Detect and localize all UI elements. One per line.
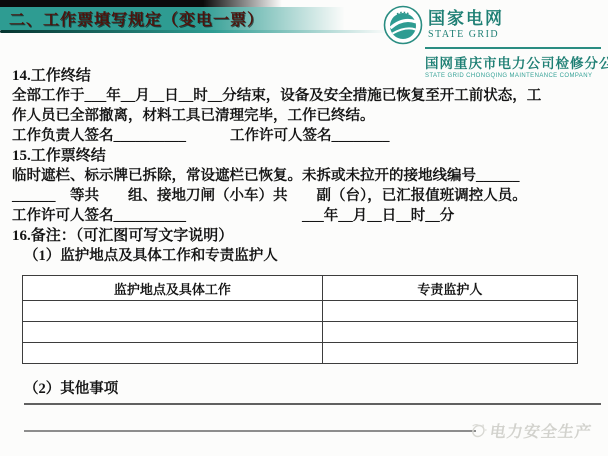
guardian-table-header-person: 专责监护人 [322,276,577,301]
section-14-line2: 作人员已全部撤离，材料工具已清理完毕，工作已终结。 [12,106,598,126]
permit-person-signature-blank-2: 工作许可人签名__________ [12,206,186,226]
section-16-heading: 16.备注：（可汇图可写文字说明） [12,226,598,246]
section-15-signature-row: 工作许可人签名__________ ___年__月__日__时__分 [12,206,598,226]
page-title: 二、工作票填写规定（变电一票） [0,7,264,30]
table-cell [322,322,577,343]
guardian-table-row [23,301,578,322]
brand-name-en: STATE GRID [428,29,504,40]
permit-person-signature-blank: 工作许可人签名________ [230,126,390,146]
blank-writing-line [24,403,601,405]
section-14-signature-row: 工作负责人签名__________ 工作许可人签名________ [12,126,598,146]
header-black-strip [0,0,282,7]
section-15-line2: ______ 等共 组、接地刀闸（小车）共 副（台），已汇报值班调控人员。 [12,186,598,206]
guardian-table-header-row: 监护地点及具体工作 专责监护人 [23,276,578,301]
guardian-table-header-location: 监护地点及具体工作 [23,276,323,301]
header-title-band: 二、工作票填写规定（变电一票） [0,7,345,30]
table-cell [23,322,323,343]
table-cell [23,301,323,322]
section-14-heading: 14.工作终结 [12,66,598,86]
datetime-blank: ___年__月__日__时__分 [302,206,454,226]
watermark: 电力安全生产 [468,419,593,442]
brand-name-cn: 国家电网 [428,10,504,28]
guardian-table-row [23,343,578,364]
brand-text: 国家电网 STATE GRID [428,10,504,40]
section-16-item1: （1）监护地点及具体工作和专责监护人 [12,246,598,266]
section-15-line1: 临时遮栏、标示牌已拆除，常设遮栏已恢复。未拆或未拉开的接地线编号______ [12,166,598,186]
header-underline [0,30,388,33]
section-14-line1: 全部工作于___年__月__日__时__分结束，设备及安全措施已恢复至开工前状态… [12,86,598,106]
state-grid-globe-icon [383,5,423,45]
table-cell [322,343,577,364]
brand-divider [425,47,601,49]
guardian-table: 监护地点及具体工作 专责监护人 [22,275,578,364]
brand-row: 国家电网 STATE GRID [383,5,601,45]
section-15-heading: 15.工作票终结 [12,146,598,166]
table-cell [23,343,323,364]
guardian-table-row [23,322,578,343]
slide: 二、工作票填写规定（变电一票） 国家电网 STATE GRID 国网重庆市电力公… [0,0,608,456]
slide-body: 14.工作终结 全部工作于___年__月__日__时__分结束，设备及安全措施已… [12,66,598,399]
footer-line [24,430,476,432]
watermark-emblem-icon [469,422,488,439]
table-cell [322,301,577,322]
watermark-text: 电力安全生产 [488,419,593,442]
responsible-person-signature-blank: 工作负责人签名__________ [12,126,186,146]
section-16-item2: （2）其他事项 [12,379,598,399]
